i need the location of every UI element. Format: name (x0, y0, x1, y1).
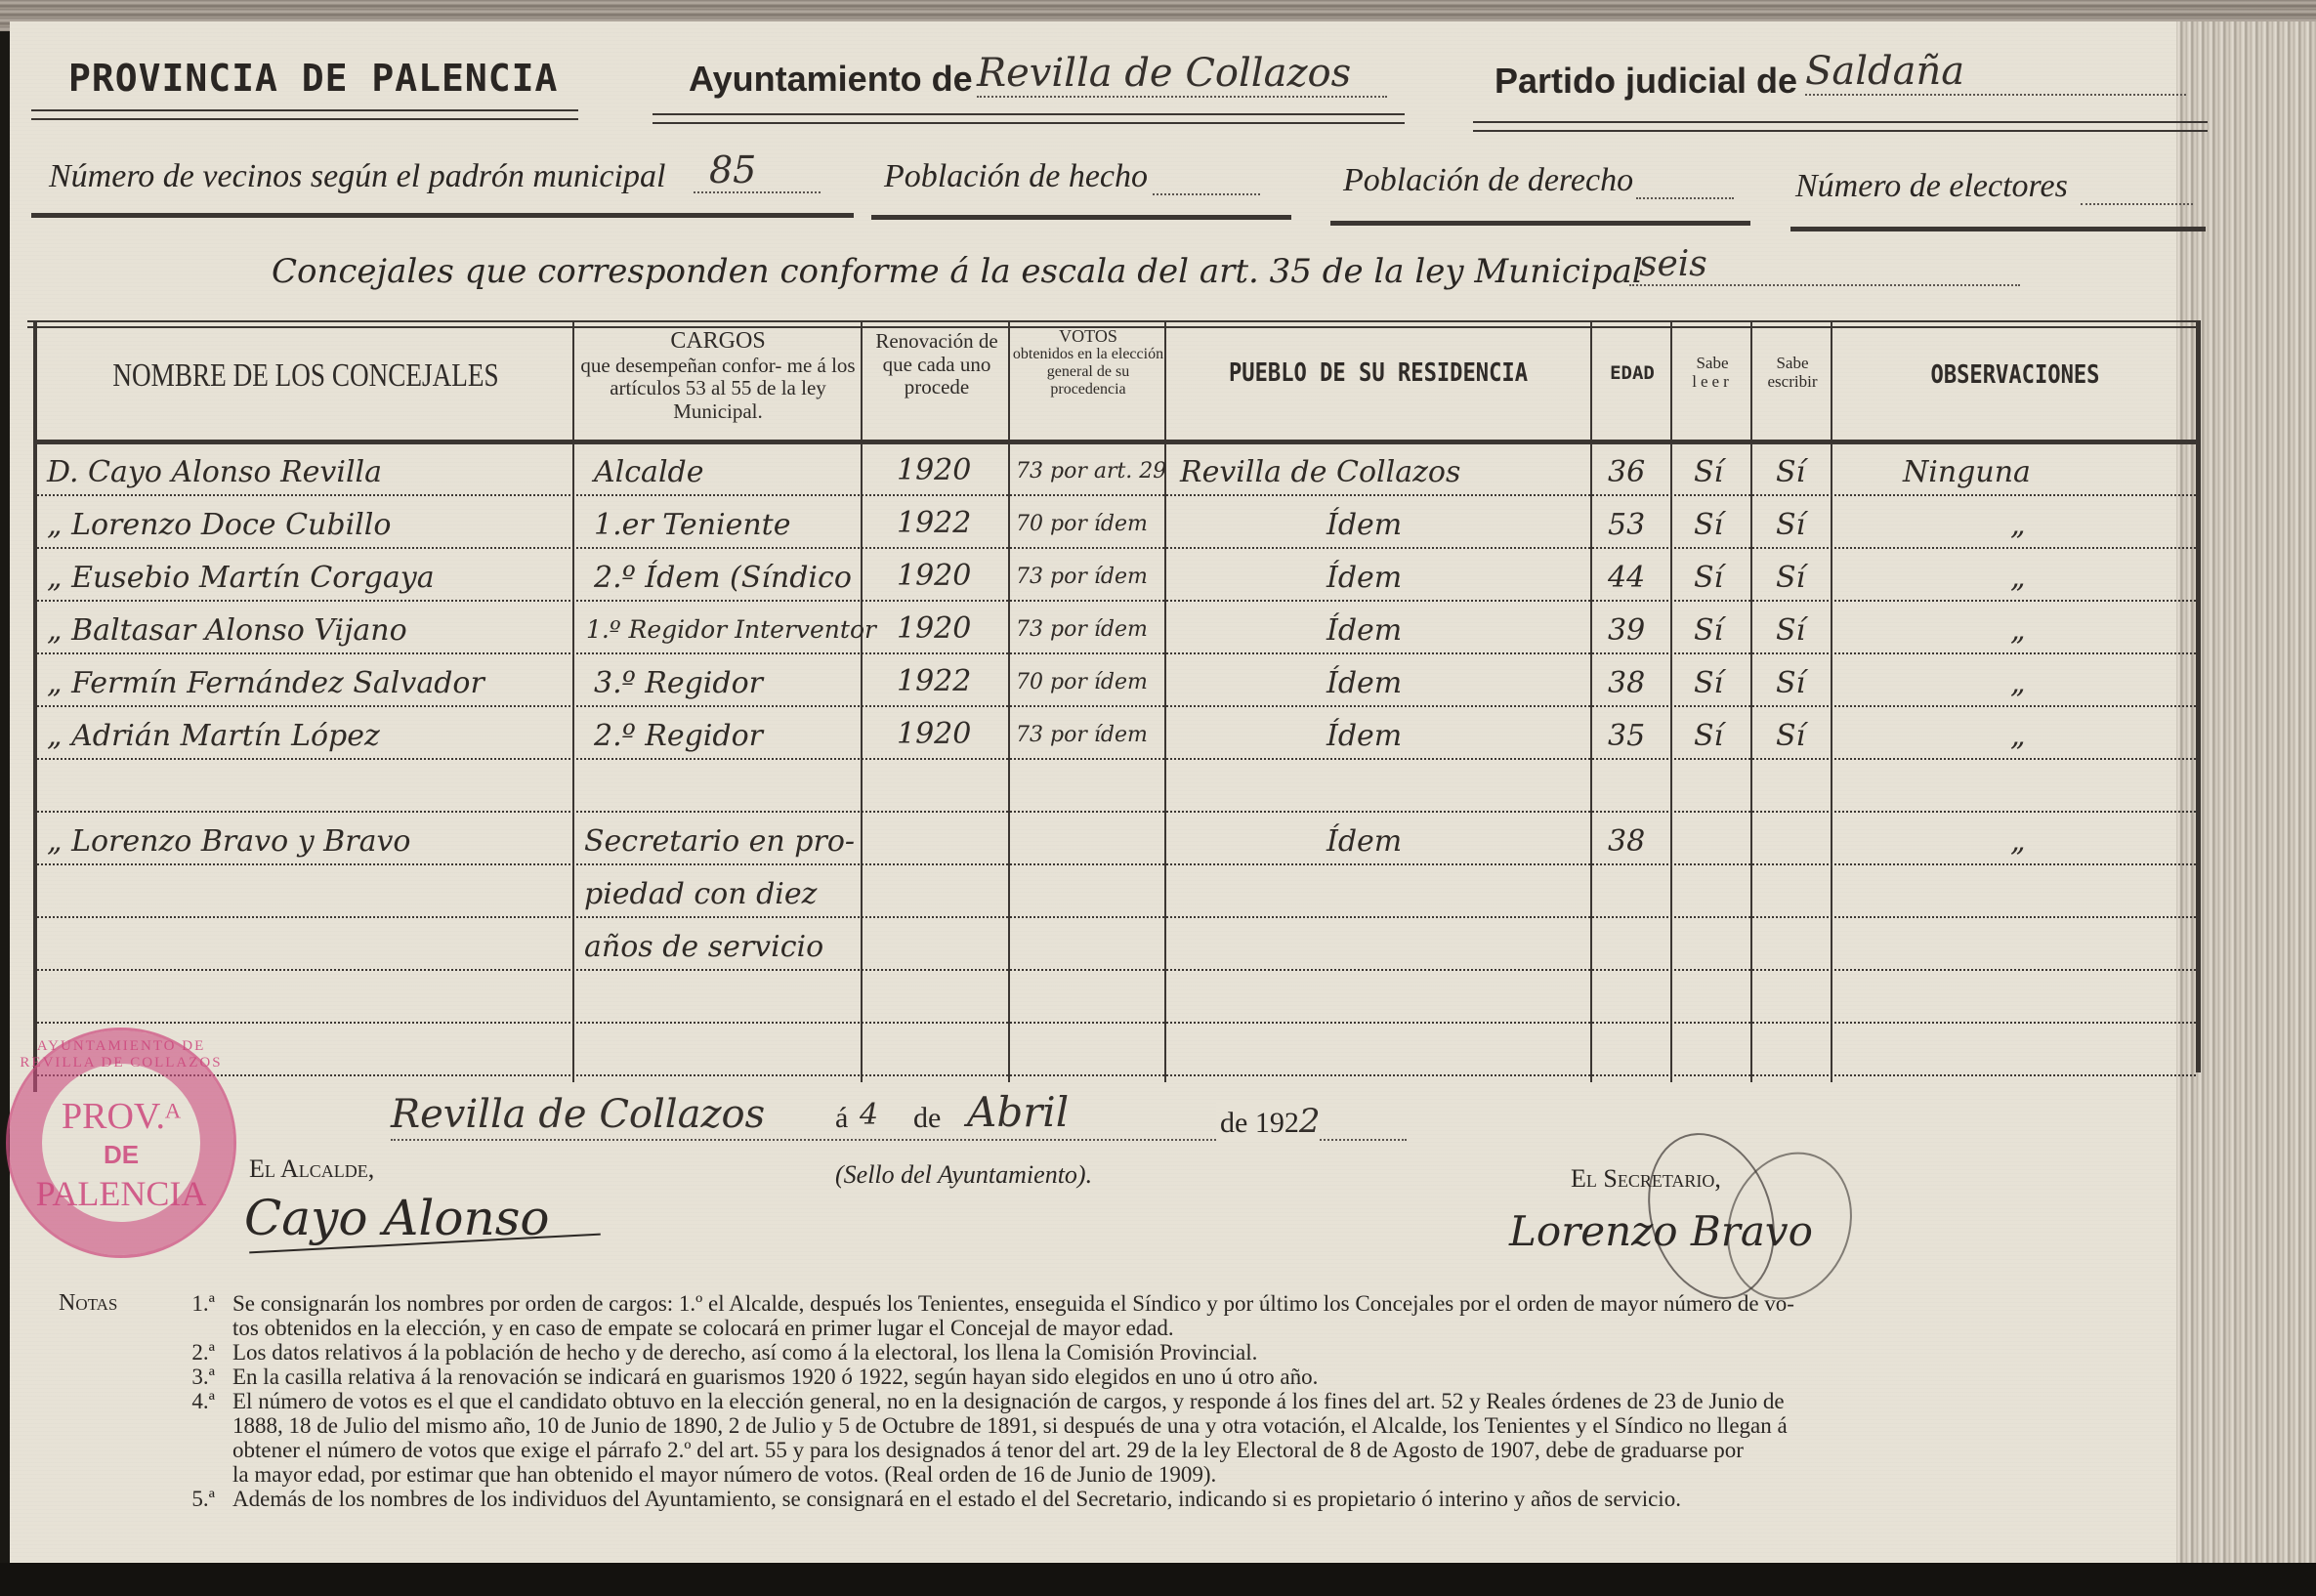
col-header-votos: VOTOS obtenidos en la elección general d… (1012, 326, 1164, 399)
note-text-continuation: tos obtenidos en la elección, y en caso … (59, 1316, 2188, 1340)
row-line (37, 600, 2196, 602)
cell-cargo: 2.º Ídem (Síndico (594, 561, 852, 595)
cell-cargo: 1.er Teniente (594, 508, 791, 542)
row-line (37, 916, 2196, 918)
col-header-cargos-sub: que desempeñan confor- me á los artículo… (576, 355, 860, 424)
note-item: 1.ªSe consignarán los nombres por orden … (59, 1291, 2188, 1316)
cell-cargo: piedad con diez (584, 877, 817, 911)
date-month: Abril (967, 1088, 1069, 1136)
ayuntamiento-seal-stamp: AYUNTAMIENTO DE REVILLA DE COLLAZOS PROV… (6, 1028, 236, 1258)
note-number: 5.ª (59, 1487, 232, 1511)
cell-renovacion: 1922 (897, 664, 971, 698)
stamp-line3: PALENCIA (9, 1173, 233, 1214)
hecho-rule (871, 215, 1291, 220)
cell-leer: Sí (1694, 666, 1723, 700)
province-rule (31, 109, 578, 120)
header-separator (35, 440, 2196, 444)
row-line (37, 811, 2196, 813)
concejales-label: Concejales que corresponden conforme á l… (272, 252, 1643, 291)
col-divider (1164, 320, 1166, 1082)
note-number: 3.ª (59, 1365, 232, 1389)
col-header-observaciones: OBSERVACIONES (1862, 361, 2169, 390)
derecho-label: Población de derecho (1343, 162, 1633, 199)
ayuntamiento-label: Ayuntamiento de (689, 59, 973, 100)
cell-edad: 39 (1608, 613, 1645, 648)
cell-edad: 38 (1608, 824, 1645, 859)
ayuntamiento-value: Revilla de Collazos (977, 51, 1387, 98)
cell-cargo: Alcalde (594, 455, 704, 489)
cell-pueblo: Ídem (1326, 719, 1402, 753)
note-number: 4.ª (59, 1389, 232, 1413)
cell-leer: Sí (1694, 613, 1723, 648)
cell-escribir: Sí (1776, 719, 1805, 753)
vecinos-value: 85 (694, 148, 821, 193)
col-header-escribir: Sabe escribir (1754, 354, 1831, 391)
cell-observaciones: „ (2010, 824, 2026, 859)
col-header-votos-sub: obtenidos en la elección general de su p… (1012, 346, 1164, 399)
province-title: PROVINCIA DE PALENCIA (68, 57, 558, 100)
stamp-line1: PROV.ᴬ (9, 1095, 233, 1138)
cell-observaciones: „ (2010, 719, 2026, 753)
cell-pueblo: Ídem (1326, 613, 1402, 648)
cell-edad: 38 (1608, 666, 1645, 700)
notes-section: Notas 1.ªSe consignarán los nombres por … (59, 1291, 2188, 1511)
cell-edad: 35 (1608, 719, 1645, 753)
cell-cargo: 3.º Regidor (594, 666, 763, 700)
note-item: 3.ªEn la casilla relativa á la renovació… (59, 1365, 2188, 1389)
col-header-escribir-title: Sabe (1754, 354, 1831, 372)
col-header-edad: EDAD (1594, 363, 1670, 384)
electores-label: Número de electores (1795, 168, 2068, 205)
stamp-ring-text: AYUNTAMIENTO DE REVILLA DE COLLAZOS (9, 1038, 233, 1071)
date-year-suffix: 2 (1299, 1102, 1321, 1141)
cell-pueblo: Ídem (1326, 666, 1402, 700)
cell-observaciones: „ (2010, 666, 2026, 700)
date-a-label: á (835, 1102, 848, 1135)
cell-pueblo: Revilla de Collazos (1180, 455, 1460, 489)
date-day: 4 (860, 1098, 878, 1132)
cell-renovacion: 1920 (897, 611, 971, 646)
partido-value: Saldaña (1805, 49, 2186, 96)
cell-observaciones: „ (2010, 508, 2026, 542)
cell-votos: 73 por art. 29 (1016, 459, 1166, 483)
col-divider (861, 320, 863, 1082)
date-year-prefix: de 192 (1220, 1107, 1299, 1139)
vecinos-label: Número de vecinos según el padrón munici… (49, 158, 665, 195)
cell-nombre: „ Lorenzo Bravo y Bravo (47, 824, 410, 859)
row-line (37, 758, 2196, 760)
col-divider (1750, 320, 1752, 1082)
col-header-nombre: NOMBRE DE LOS CONCEJALES (99, 357, 513, 395)
row-line (37, 969, 2196, 971)
note-number: 2.ª (59, 1340, 232, 1365)
cell-nombre: „ Adrián Martín López (47, 719, 380, 753)
cell-renovacion: 1920 (897, 559, 971, 593)
cell-renovacion: 1920 (897, 453, 971, 487)
notes-label: Notas (59, 1291, 117, 1316)
col-header-cargos-title: CARGOS (576, 328, 860, 355)
note-text: El número de votos es el que el candidat… (232, 1389, 2188, 1413)
cell-nombre: „ Baltasar Alonso Vijano (47, 613, 407, 648)
note-text: Se consignarán los nombres por orden de … (232, 1291, 2188, 1316)
col-header-cargos: CARGOS que desempeñan confor- me á los a… (576, 328, 860, 423)
cell-nombre: D. Cayo Alonso Revilla (47, 455, 382, 489)
cell-votos: 73 por ídem (1016, 565, 1148, 589)
cell-renovacion: 1922 (897, 506, 971, 540)
date-year: de 1922 (1216, 1102, 1320, 1141)
cell-renovacion: 1920 (897, 717, 971, 751)
cell-pueblo: Ídem (1326, 508, 1402, 542)
cell-escribir: Sí (1776, 561, 1805, 595)
col-header-pueblo: PUEBLO DE SU RESIDENCIA (1200, 359, 1557, 388)
col-header-leer: Sabe leer (1674, 354, 1750, 391)
cell-leer: Sí (1694, 561, 1723, 595)
concejales-value: seis (1629, 244, 2020, 286)
partido-rule (1473, 121, 2208, 132)
row-line (37, 494, 2196, 496)
note-text-continuation: obtener el número de votos que exige el … (59, 1438, 2188, 1462)
cell-votos: 70 por ídem (1016, 512, 1148, 536)
cell-cargo: 1.º Regidor Interventor (586, 615, 876, 644)
cell-escribir: Sí (1776, 455, 1805, 489)
cell-escribir: Sí (1776, 666, 1805, 700)
note-text: Los datos relativos á la población de he… (232, 1340, 2188, 1365)
cell-leer: Sí (1694, 508, 1723, 542)
col-header-renovacion: Renovación de que cada uno procede (865, 330, 1008, 399)
cell-nombre: „ Fermín Fernández Salvador (47, 666, 484, 700)
note-item: 5.ªAdemás de los nombres de los individu… (59, 1487, 2188, 1511)
concejales-table: NOMBRE DE LOS CONCEJALES CARGOS que dese… (27, 320, 2196, 1092)
date-place: Revilla de Collazos (391, 1092, 765, 1137)
table-right-border (2196, 320, 2201, 1072)
cell-votos: 70 por ídem (1016, 670, 1148, 694)
cell-edad: 53 (1608, 508, 1645, 542)
cell-pueblo: Ídem (1326, 824, 1402, 859)
book-bottom-shadow (0, 1563, 2316, 1596)
note-text-continuation: 1888, 18 de Julio del mismo año, 10 de J… (59, 1413, 2188, 1438)
cell-votos: 73 por ídem (1016, 617, 1148, 642)
row-line (37, 547, 2196, 549)
note-item: 2.ªLos datos relativos á la población de… (59, 1340, 2188, 1365)
ayuntamiento-rule (653, 113, 1405, 124)
electores-rule (1790, 227, 2206, 231)
note-item: 4.ªEl número de votos es el que el candi… (59, 1389, 2188, 1413)
cell-observaciones: Ninguna (1903, 455, 2031, 489)
cell-pueblo: Ídem (1326, 561, 1402, 595)
col-divider (1590, 320, 1592, 1082)
cell-nombre: „ Eusebio Martín Corgaya (47, 561, 435, 595)
vecinos-rule (31, 213, 854, 218)
stamp-line2: DE (9, 1140, 233, 1170)
cell-cargo: 2.º Regidor (594, 719, 763, 753)
cell-observaciones: „ (2010, 613, 2026, 648)
date-de-label: de (913, 1102, 941, 1135)
cell-nombre: „ Lorenzo Doce Cubillo (47, 508, 391, 542)
col-header-escribir-sub: escribir (1754, 372, 1831, 391)
row-line (37, 863, 2196, 865)
cell-leer: Sí (1694, 455, 1723, 489)
cell-observaciones: „ (2010, 561, 2026, 595)
cell-edad: 44 (1608, 561, 1645, 595)
cell-edad: 36 (1608, 455, 1645, 489)
hecho-value (1153, 189, 1260, 195)
col-divider (1831, 320, 1832, 1082)
col-divider (1008, 320, 1010, 1082)
col-header-leer-title: Sabe (1674, 354, 1750, 372)
note-text: En la casilla relativa á la renovación s… (232, 1365, 2188, 1389)
col-header-votos-title: VOTOS (1012, 326, 1164, 346)
cell-escribir: Sí (1776, 508, 1805, 542)
note-text-continuation: la mayor edad, por estimar que han obten… (59, 1462, 2188, 1487)
secretario-signature: Lorenzo Bravo (1509, 1207, 1813, 1255)
cell-votos: 73 por ídem (1016, 723, 1148, 747)
col-header-leer-sub: leer (1674, 372, 1750, 391)
derecho-value (1636, 193, 1734, 199)
col-divider (1670, 320, 1672, 1082)
electores-value (2081, 199, 2193, 205)
derecho-rule (1330, 221, 1750, 226)
row-line (37, 705, 2196, 707)
row-line (37, 652, 2196, 654)
cell-cargo: Secretario en pro- (584, 824, 855, 859)
cell-cargo: años de servicio (584, 930, 823, 964)
col-divider (572, 320, 574, 1082)
cell-leer: Sí (1694, 719, 1723, 753)
note-text: Además de los nombres de los individuos … (232, 1487, 2188, 1511)
sello-label: (Sello del Ayuntamiento). (835, 1160, 1092, 1190)
hecho-label: Población de hecho (884, 158, 1148, 195)
alcalde-label: El Alcalde, (249, 1155, 374, 1184)
row-line (37, 1022, 2196, 1024)
cell-escribir: Sí (1776, 613, 1805, 648)
row-line (37, 1074, 2196, 1076)
partido-label: Partido judicial de (1495, 61, 1797, 102)
